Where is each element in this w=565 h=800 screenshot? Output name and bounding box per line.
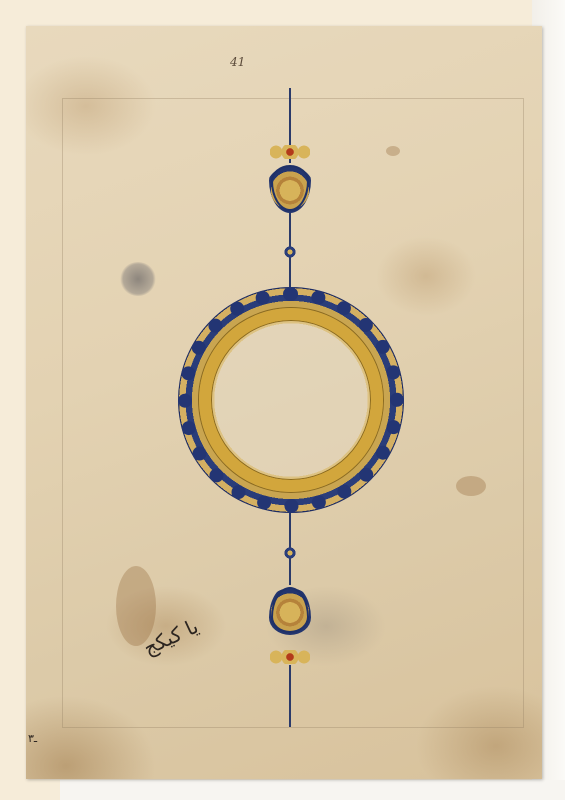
lower-rosette-ornament <box>284 545 296 561</box>
mount-background-bottom <box>60 780 565 800</box>
margin-note: ۳ـ <box>28 732 37 745</box>
upper-rosette-ornament <box>284 244 296 260</box>
seal-impression <box>120 262 156 296</box>
medallion-empty-field <box>212 321 370 479</box>
vertical-axis-bottom <box>289 665 291 727</box>
water-stain <box>456 476 486 496</box>
bottom-finial-ornament <box>270 650 310 664</box>
folio-number: 41 <box>230 55 245 69</box>
top-finial-ornament <box>270 145 310 159</box>
water-stain <box>386 146 400 156</box>
